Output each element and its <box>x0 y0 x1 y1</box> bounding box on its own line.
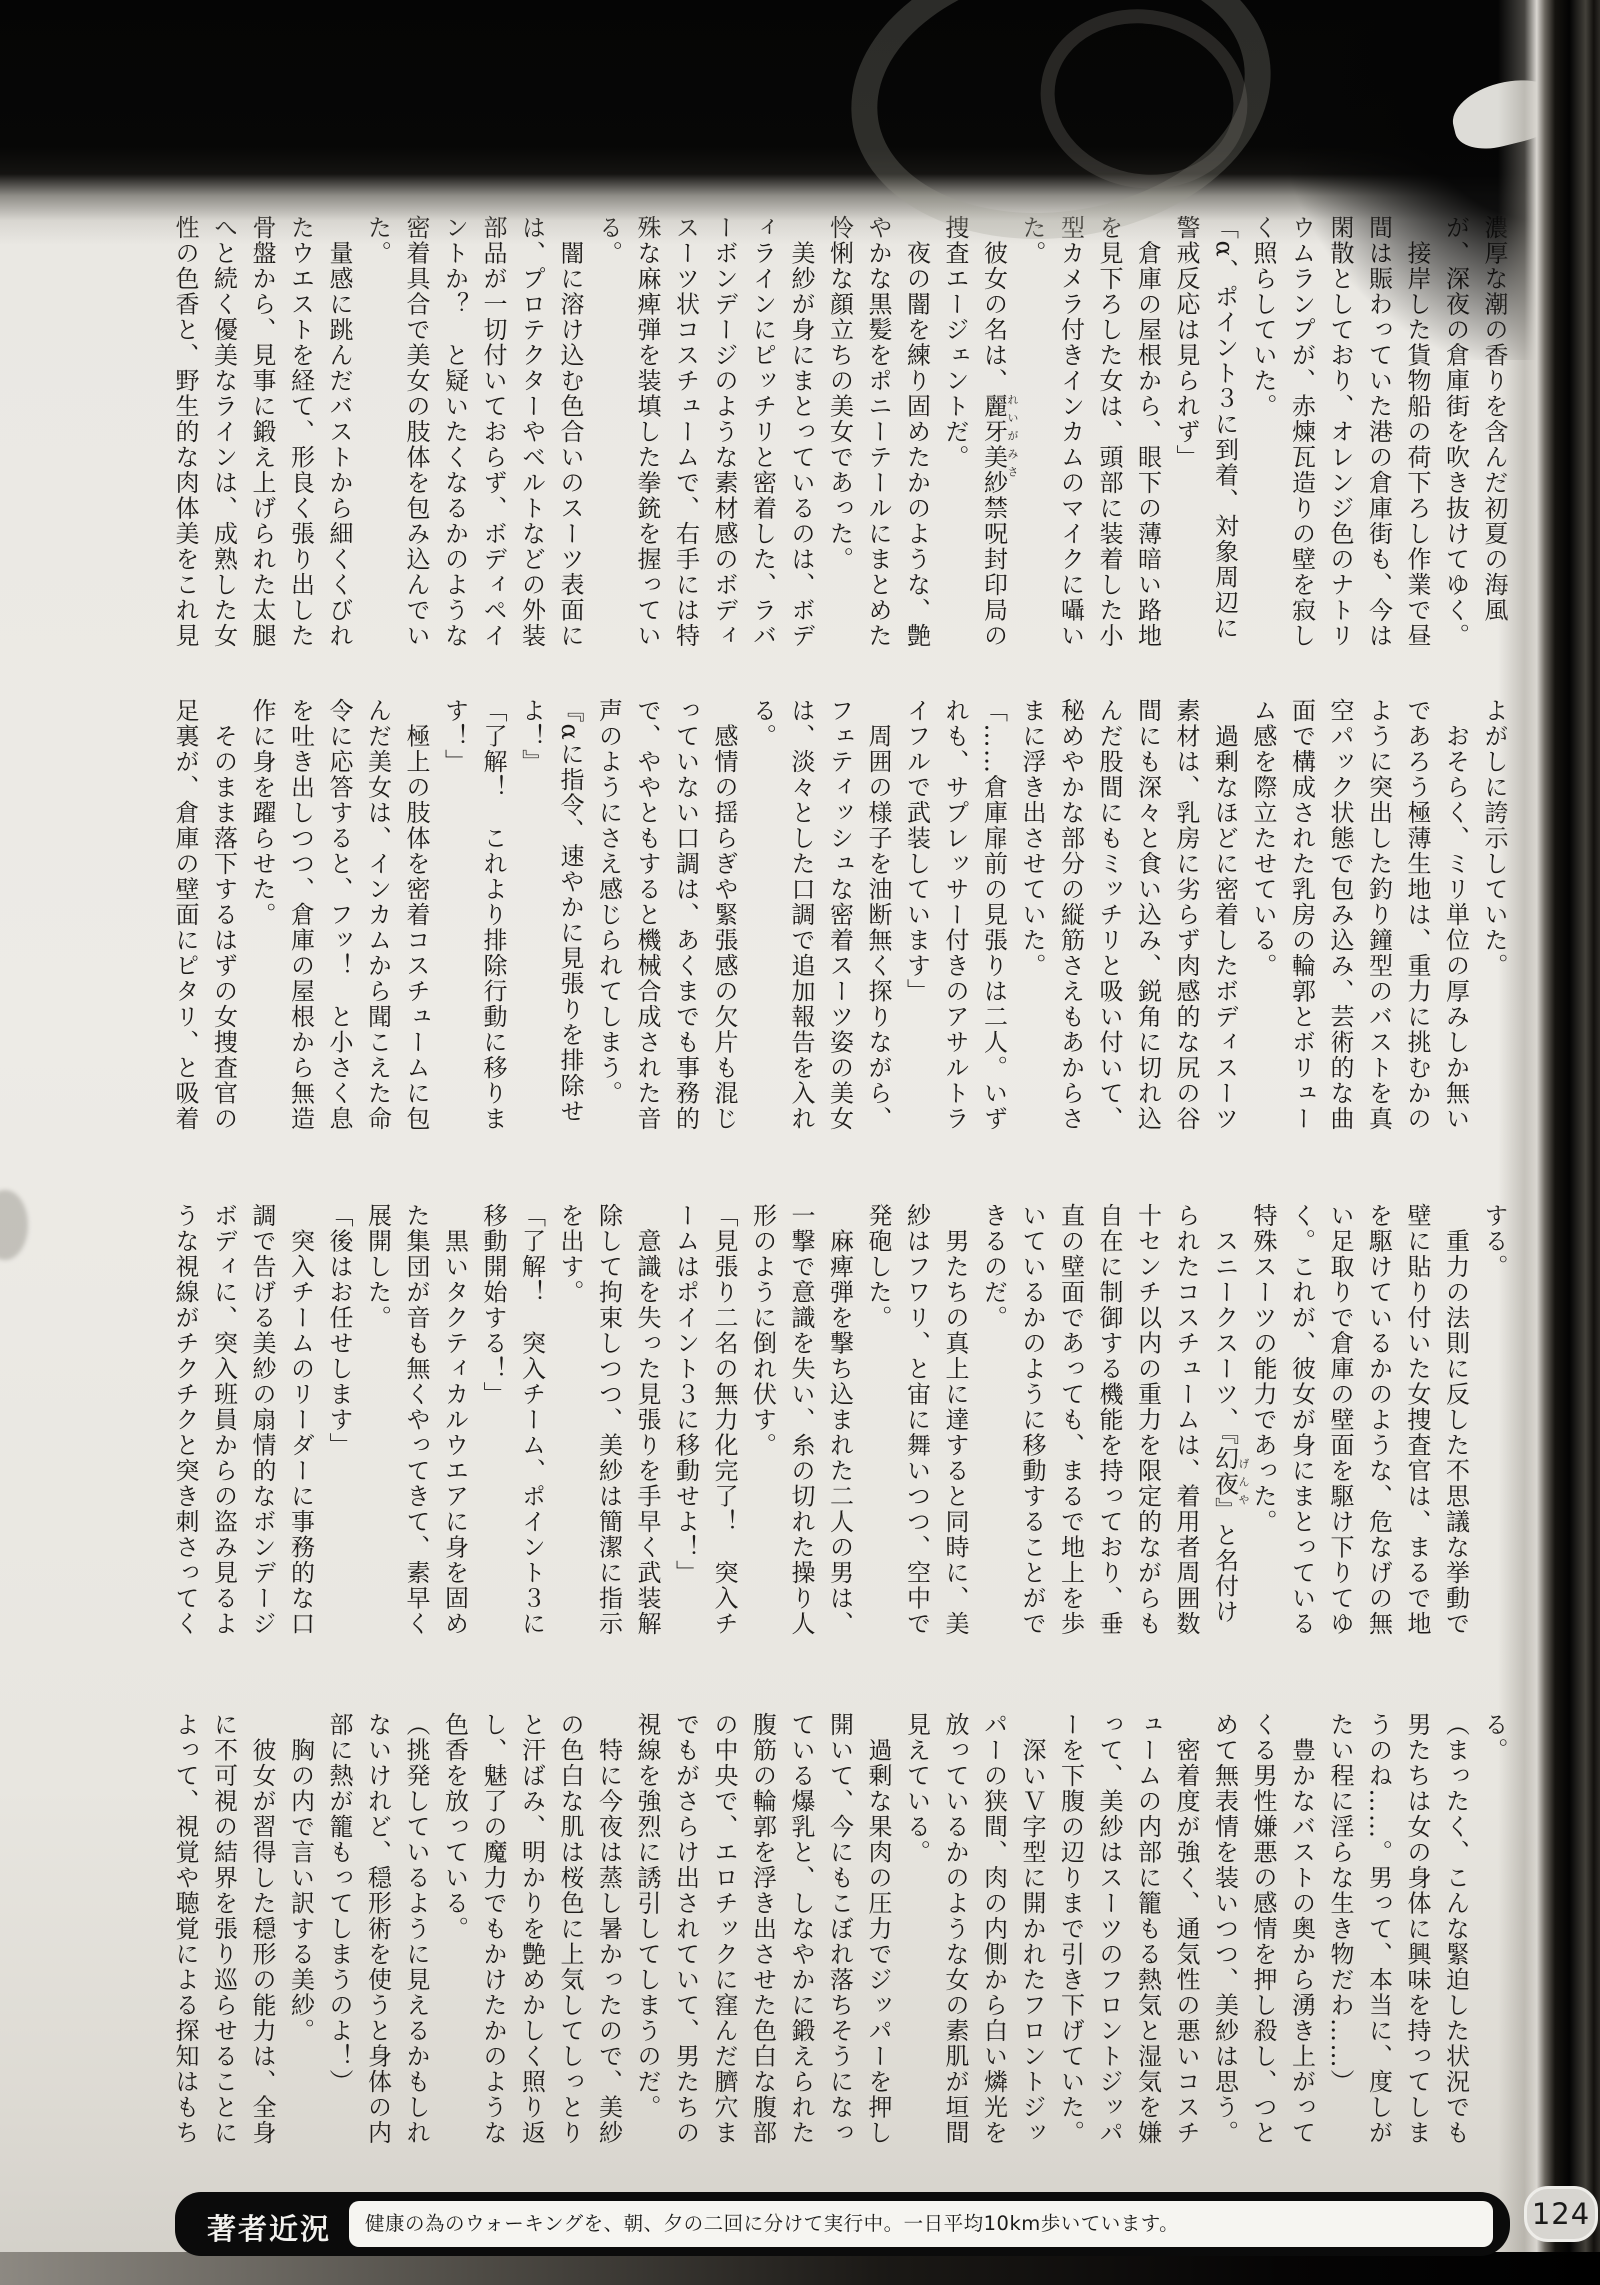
scan-border-bottom <box>0 2252 1600 2285</box>
footer-note-text: 健康の為のウォーキングを、朝、夕の二回に分けて実行中。一日平均10km歩いていま… <box>349 2201 1493 2247</box>
footer-label: 著者近況 <box>207 2207 331 2248</box>
text-band-2: よがしに誇示していた。 おそらく、ミリ単位の厚みしか無い であろう極薄生地は、重… <box>165 698 1513 1148</box>
footer-bar: 著者近況 健康の為のウォーキングを、朝、夕の二回に分けて実行中。一日平均10km… <box>175 2192 1510 2256</box>
page-number: 124 <box>1527 2189 1595 2239</box>
text-band-4: る。 （まったく、こんな緊迫した状況でも 男たちは女の身体に興味を持ってしま う… <box>165 1712 1513 2162</box>
text-band-3: する。 重力の法則に反した不思議な挙動で 壁に貼り付いた女捜査官は、まるで地 を… <box>165 1203 1513 1653</box>
furigana-annotation: げんや <box>1237 1458 1249 1512</box>
page-gutter-shadow <box>1498 0 1600 2285</box>
footer-note-box: 健康の為のウォーキングを、朝、夕の二回に分けて実行中。一日平均10km歩いていま… <box>349 2201 1493 2247</box>
furigana-annotation: れいがみさ <box>1006 394 1018 484</box>
scanned-book-page: 濃厚な潮の香りを含んだ初夏の海風 が、深夜の倉庫街を吹き抜けてゆく。 接岸した貨… <box>0 0 1600 2285</box>
scan-smudge <box>0 1190 28 1260</box>
page-number-pill: 124 <box>1524 2186 1598 2242</box>
